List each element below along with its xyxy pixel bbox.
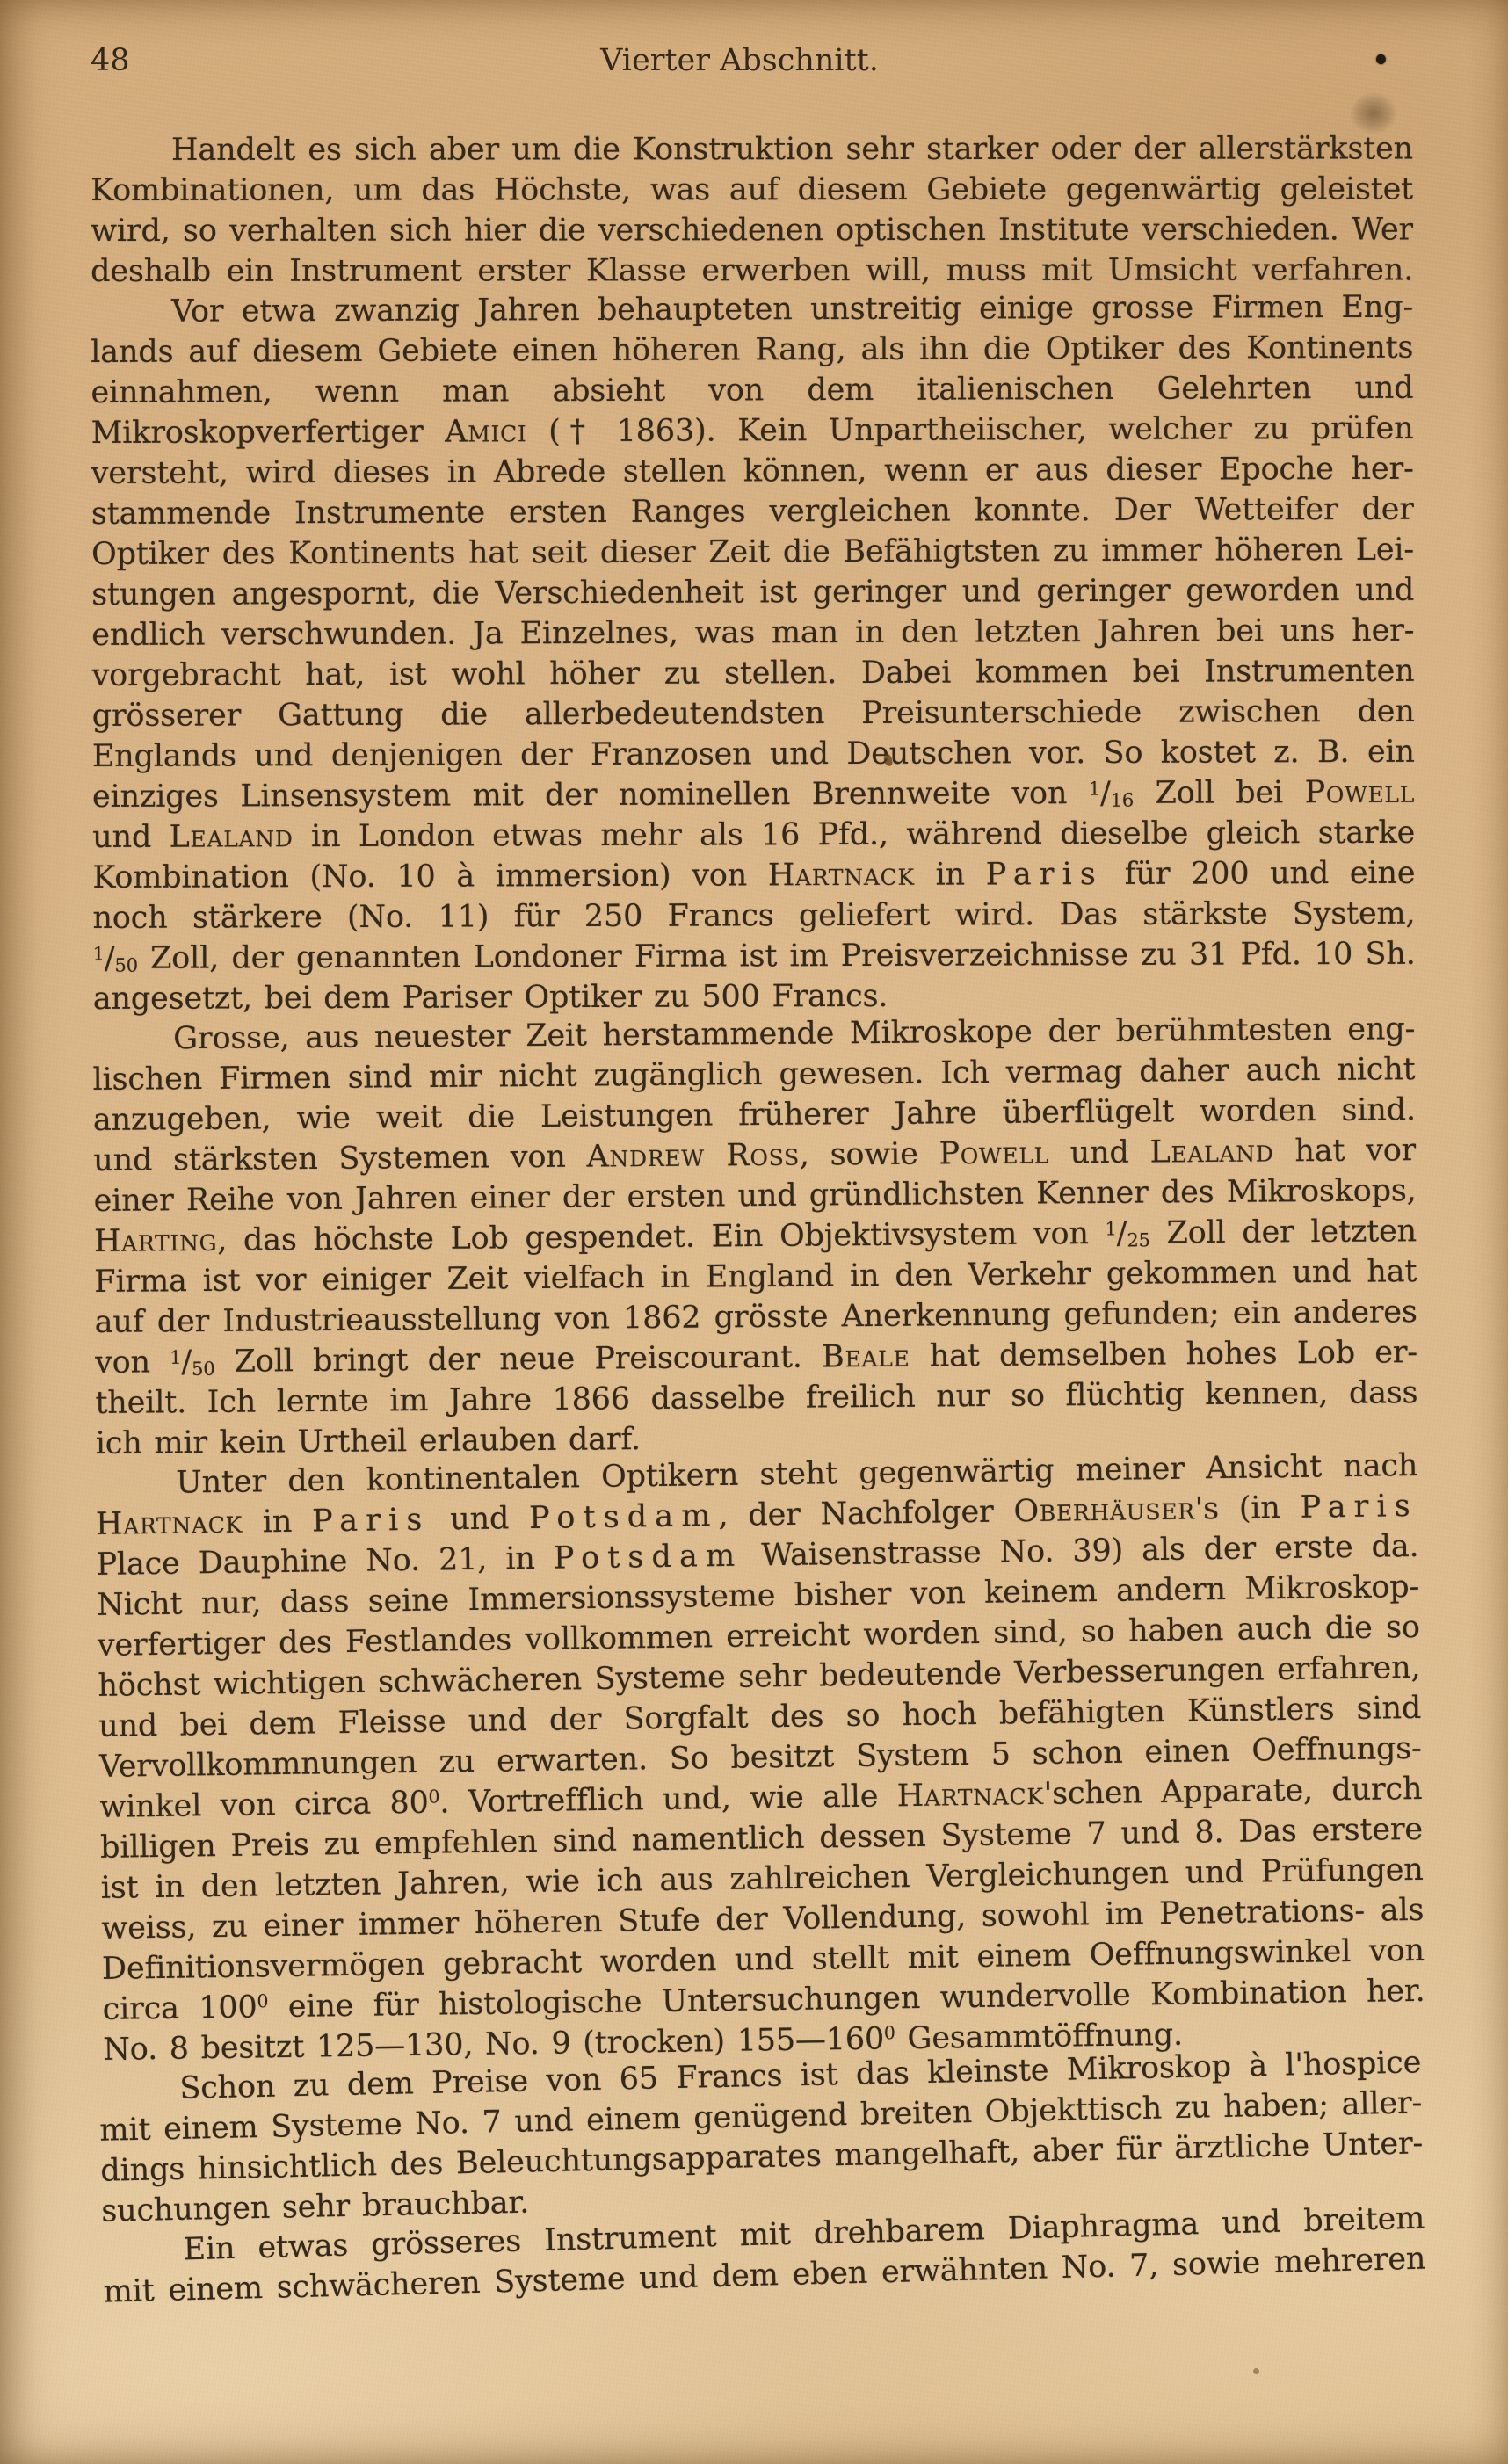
page-header: 48 Vierter Abschnitt. bbox=[91, 42, 1413, 79]
inch-fraction: 1/16 bbox=[1089, 776, 1134, 811]
text-line: Optiker des Kontinents hat seit dieser Z… bbox=[91, 530, 1414, 575]
proper-name-smallcaps: Andrew Ross bbox=[586, 1138, 800, 1175]
text-line: Handelt es sich aber um die Konstruktion… bbox=[91, 128, 1413, 170]
proper-name-smallcaps: Powell bbox=[1305, 775, 1416, 810]
text-line: stammende Instrumente ersten Ranges verg… bbox=[91, 489, 1414, 534]
spaced-place-name: Potsdam bbox=[529, 1498, 719, 1536]
text-line: einnahmen, wenn man absieht von dem ital… bbox=[91, 368, 1413, 413]
proper-name-smallcaps: Beale bbox=[822, 1339, 910, 1375]
spaced-place-name: Paris bbox=[312, 1503, 431, 1540]
text-line: wird, so verhalten sich hier die verschi… bbox=[91, 209, 1413, 251]
proper-name-smallcaps: Powell bbox=[939, 1135, 1049, 1171]
paragraph: Grosse, aus neuester Zeit herstammende M… bbox=[92, 1009, 1418, 1464]
proper-name-smallcaps: Lealand bbox=[169, 819, 293, 854]
text-line: Mikroskopverfertiger Amici († 1863). Kei… bbox=[91, 409, 1413, 453]
text-line: Englands und denjenigen der Franzosen un… bbox=[92, 732, 1415, 777]
degree-superscript: 0 bbox=[257, 1990, 268, 2011]
text-line: Vor etwa zwanzig Jahren behaupteten unst… bbox=[91, 287, 1413, 332]
text-line: grösserer Gattung die allerbedeutendsten… bbox=[92, 692, 1415, 736]
spaced-place-name: Paris bbox=[986, 857, 1104, 892]
ink-smudge bbox=[1343, 86, 1404, 141]
text-line: endlich verschwunden. Ja Einzelnes, was … bbox=[91, 611, 1414, 656]
inch-fraction: 1/25 bbox=[1105, 1216, 1150, 1251]
paragraph: Handelt es sich aber um die Konstruktion… bbox=[91, 128, 1413, 292]
proper-name-smallcaps: Hartnack bbox=[768, 858, 915, 894]
proper-name-smallcaps: Hartnack bbox=[896, 1777, 1044, 1814]
spaced-place-name: Paris bbox=[1300, 1489, 1418, 1526]
text-line: noch stärkere (No. 11) für 250 Francs ge… bbox=[92, 894, 1415, 938]
text-line: lands auf diesem Gebiete einen höheren R… bbox=[91, 328, 1413, 373]
paragraph: Unter den kontinentalen Optikern steht g… bbox=[95, 1446, 1425, 2070]
proper-name-smallcaps: Hartnack bbox=[96, 1505, 243, 1542]
spaced-place-name: Potsdam bbox=[554, 1539, 743, 1576]
paper-fleck bbox=[1253, 2368, 1259, 2374]
text-line: stungen angespornt, die Verschiedenheit … bbox=[91, 570, 1414, 615]
proper-name-smallcaps: Amici bbox=[445, 414, 526, 449]
inch-fraction: 1/50 bbox=[170, 1344, 215, 1380]
inch-fraction: 1/50 bbox=[93, 941, 138, 976]
proper-name-smallcaps: Oberhäuser bbox=[1013, 1491, 1195, 1529]
text-line: vorgebracht hat, ist wohl höher zu stell… bbox=[91, 651, 1414, 696]
proper-name-smallcaps: Harting bbox=[94, 1223, 218, 1259]
text-line: versteht, wird dieses in Abrede stellen … bbox=[91, 449, 1414, 494]
paragraph: Vor etwa zwanzig Jahren behaupteten unst… bbox=[91, 287, 1416, 1019]
proper-name-smallcaps: Lealand bbox=[1149, 1134, 1273, 1170]
text-line: einziges Linsensystem mit der nominellen… bbox=[92, 772, 1415, 817]
text-line: deshalb ein Instrument erster Klasse erw… bbox=[91, 250, 1413, 292]
text-line: 1/50 Zoll, der genannten Londoner Firma … bbox=[93, 934, 1416, 979]
degree-superscript: 0 bbox=[428, 1786, 439, 1807]
book-page-scan: 48 Vierter Abschnitt. Handelt es sich ab… bbox=[0, 0, 1508, 2464]
body-text: Handelt es sich aber um die Konstruktion… bbox=[91, 130, 1413, 2313]
degree-superscript: 0 bbox=[884, 2022, 895, 2043]
text-line: Kombination (No. 10 à immersion) von Har… bbox=[92, 853, 1415, 898]
text-line: und Lealand in London etwas mehr als 16 … bbox=[92, 813, 1415, 858]
running-title: Vierter Abschnitt. bbox=[78, 42, 1401, 79]
text-line: Kombinationen, um das Höchste, was auf d… bbox=[91, 169, 1413, 211]
